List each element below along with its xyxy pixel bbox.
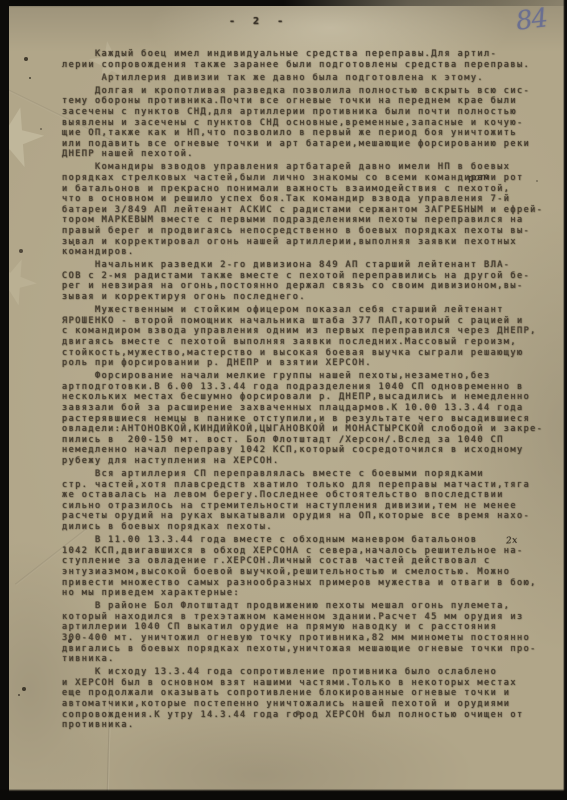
scan-border-bottom <box>0 789 567 800</box>
text-line: двигаясь вместе с пехотой выполняя заявк… <box>62 337 558 348</box>
handwritten-annotation: рот <box>468 172 490 184</box>
text-line: тему обороны противника.Почти все огневы… <box>62 96 558 107</box>
text-line: ДНЕПР нашей пехотой. <box>62 149 558 160</box>
text-line: СОВ с 2-мя радистами также вместе с пехо… <box>62 271 558 282</box>
text-line: Форсирование начали мелкие группы нашей … <box>62 371 558 382</box>
text-line: Каждый боец имел индивидуальные средства… <box>62 49 558 60</box>
text-line: автоматчики,которые постепенно уничтожал… <box>62 699 558 710</box>
scan-border-right <box>563 0 567 800</box>
paragraph: Долгая и кропотливая разведка позволила … <box>62 86 558 160</box>
text-line: но мы приведем характерные: <box>62 588 558 599</box>
text-line: расчеты орудий на руках выкатывали оруди… <box>62 511 558 522</box>
paragraph: Начальник разведки 2-го дивизиона 849 АП… <box>62 260 558 302</box>
text-line: стойкость,мужество,мастерство и высокая … <box>62 348 558 359</box>
text-line: выявлены и засечены с пунктов СНД основн… <box>62 118 558 129</box>
text-line: засечены с пунктов СНД,для артиллерии пр… <box>62 107 558 118</box>
text-line: В районе Бол Флотштадт продвижению пехот… <box>62 601 558 612</box>
text-line: рег и невзирая на огонь,постоянно держал… <box>62 281 558 292</box>
text-line: батареи 3/849 АП лейтенант АСКИС с радис… <box>62 205 558 216</box>
paragraph: Форсирование начали мелкие группы нашей … <box>62 371 558 466</box>
text-line: стр. частей,хотя плавсредств хватило тол… <box>62 480 558 491</box>
text-line: зывал и корректировал огонь нашей артилл… <box>62 237 558 248</box>
paragraph: Артиллерия дивизии так же давно была под… <box>62 73 558 84</box>
text-line: немедленно начал переправу 1042 КСП,кото… <box>62 445 558 456</box>
handwritten-annotation: 2х <box>506 536 519 547</box>
text-line: ЯРОШЕНКО - второй помощник начальника шт… <box>62 316 558 327</box>
text-line: лерии сопровождения также заранее были п… <box>62 60 558 71</box>
text-line: тивника. <box>62 654 558 665</box>
text-line: же оставалась на левом берегу.Последнее … <box>62 490 558 501</box>
text-line: овладели:АНТОНОВКОЙ,КИНДИЙКОЙ,ЦЫГАНОВКОЙ… <box>62 424 558 435</box>
text-line: артиллерии 1040 СП выкатил орудие на пря… <box>62 622 558 633</box>
text-line: Мужественным и стойким офицером показал … <box>62 305 558 316</box>
paragraph: К исходу 13.3.44 года сопротивление прот… <box>62 667 558 731</box>
text-line: Начальник разведки 2-го дивизиона 849 АП… <box>62 260 558 271</box>
typewritten-text: Каждый боец имел индивидуальные средства… <box>62 49 558 733</box>
scan-border-left <box>0 0 9 800</box>
text-line: растерявшиеся немцы в панике отступили,и… <box>62 414 558 425</box>
text-line: пились в 200-150 мт. вост. Бол Флотштадт… <box>62 435 558 446</box>
scanned-page: ★ ★ ★ - 2 - 84 Каждый боец имел индивиду… <box>0 0 567 800</box>
text-line: нескольких местах бесшумно форсировали р… <box>62 392 558 403</box>
text-line: 300-400 мт. уничтожил огневую точку прот… <box>62 633 558 644</box>
text-line: Артиллерия дивизии так же давно была под… <box>62 73 558 84</box>
page-number: - 2 - <box>229 16 289 27</box>
text-line: ступление за овладение г.ХЕРСОН.Личный с… <box>62 556 558 567</box>
paragraph: Мужественным и стойким офицером показал … <box>62 305 558 369</box>
paragraph: В районе Бол Флотштадт продвижению пехот… <box>62 601 558 665</box>
paragraph: Вся артиллерия СП переправлялась вместе … <box>62 469 558 533</box>
text-line: двигались в боевых порядках пехоты,уничт… <box>62 644 558 655</box>
folio-number-handwritten: 84 <box>514 3 549 37</box>
text-line: рубежу для наступления на ХЕРСОН. <box>62 456 558 467</box>
text-line: Долгая и кропотливая разведка позволила … <box>62 86 558 97</box>
text-line: тором МАРКЕВЫМ вместе с первыми подразде… <box>62 215 558 226</box>
text-line: сильно отразилось на стремительности нас… <box>62 501 558 512</box>
text-line: что в основном и решило успех боя.Так ко… <box>62 194 558 205</box>
text-line: с командиром взвода управления одним из … <box>62 326 558 337</box>
text-line: еще продолжали оказывать сопротивление б… <box>62 688 558 699</box>
text-line: и ХЕРСОН был в основном взят нашими част… <box>62 678 558 689</box>
text-line: правый берег и продвигаясь непосредствен… <box>62 226 558 237</box>
text-line: который находился в трехэтажном каменном… <box>62 612 558 623</box>
text-line: артподготовки.В 6.00 13.3.44 года подраз… <box>62 382 558 393</box>
text-line: и батальонов и прекрасно понимали важнос… <box>62 184 558 195</box>
text-line: К исходу 13.3.44 года сопротивление прот… <box>62 667 558 678</box>
text-line: привести множество самых разнообразных п… <box>62 578 558 589</box>
text-line: 1042 КСП,двигавшихся в обход ХЕРСОНА с с… <box>62 546 558 557</box>
text-line: противника. <box>62 720 558 731</box>
text-line: командиров. <box>62 247 558 258</box>
paragraph: Каждый боец имел индивидуальные средства… <box>62 49 558 70</box>
text-line: Командиры взводов управления артбатарей … <box>62 162 558 173</box>
text-line: зывая и корректируя огонь последнего. <box>62 292 558 303</box>
paragraph: В 11.00 13.3.44 года вместе с обходным м… <box>62 535 558 599</box>
scan-border-top <box>0 0 300 9</box>
text-line: сопровождения.К утру 14.3.44 года город … <box>62 710 558 721</box>
text-line: Вся артиллерия СП переправлялась вместе … <box>62 469 558 480</box>
text-line: завязали бой за расширение захваченных п… <box>62 403 558 414</box>
text-line: В 11.00 13.3.44 года вместе с обходным м… <box>62 535 558 546</box>
text-line: щие ОП,также как и НП,что позволило в пе… <box>62 128 558 139</box>
text-line: или подавить все огневые точки и арт бат… <box>62 139 558 150</box>
text-line: дились в боевых порядках пехоты. <box>62 522 558 533</box>
text-line: энтузиазмом,высокой боевой выучкой,решит… <box>62 567 558 578</box>
text-line: роль при форсировании р. ДНЕПР и взятии … <box>62 358 558 369</box>
